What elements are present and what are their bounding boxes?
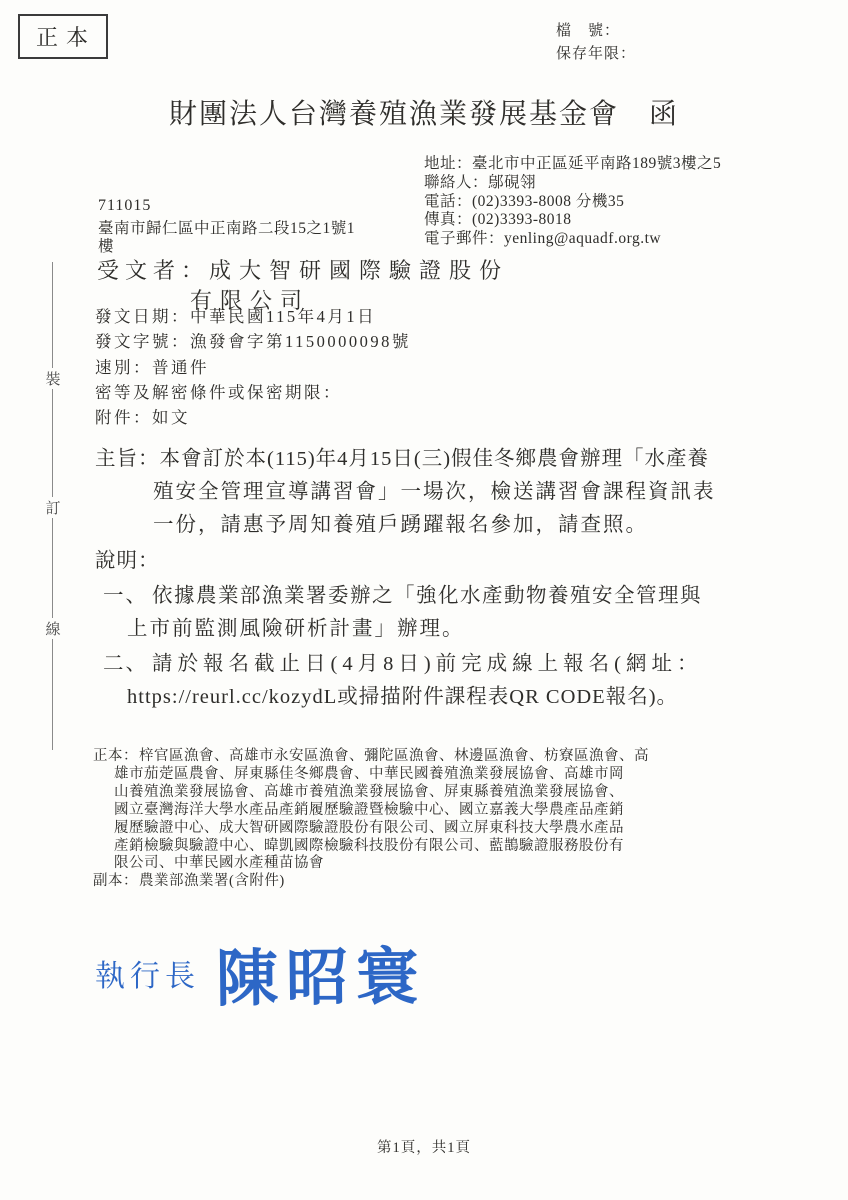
- document-page: 正本 檔 號： 保存年限： 財團法人台灣養殖漁業發展基金會 函 地址：臺北市中正…: [0, 0, 848, 1200]
- binding-char-zhuang: 裝: [44, 368, 62, 389]
- distribution-copy-line: 副本：農業部漁業署(含附件): [93, 873, 649, 891]
- recipient-address-line1: 臺南市歸仁區中正南路二段15之1號1: [98, 216, 355, 238]
- document-title: 財團法人台灣養殖漁業發展基金會 函: [0, 92, 848, 132]
- distribution-original-line5: 履歷驗證中心、成大智研國際驗證股份有限公司、國立屏東科技大學農水產品: [114, 820, 649, 838]
- copy-type-label: 正本: [36, 25, 96, 50]
- signature-stamp: 執行長 陳昭寰: [95, 928, 426, 1017]
- meta-block: 發文日期：中華民國115年4月1日 發文字號：漁發會字第1150000098號 …: [95, 304, 411, 430]
- binding-char-ding: 訂: [44, 497, 62, 518]
- description-item2-text1: 請於報名截止日(4月8日)前完成線上報名(網址：: [152, 653, 702, 675]
- recipient-name-part1: 成大智研國際驗證股份: [209, 258, 509, 283]
- description-item1-line2: 上市前監測風險研析計畫」辦理。: [127, 611, 465, 641]
- meta-doc-number: 發文字號：漁發會字第1150000098號: [95, 329, 411, 354]
- subject-line2: 殖安全管理宣導講習會」一場次，檢送講習會課程資訊表: [153, 474, 716, 504]
- signature-title: 執行長: [95, 951, 200, 995]
- meta-priority: 速別：普通件: [95, 355, 411, 380]
- description-item1-label: 一、: [103, 585, 148, 607]
- sender-fax: 傳真：(02)3393-8018: [424, 211, 721, 230]
- distribution-copy-label: 副本：: [93, 873, 138, 889]
- distribution-original-line6: 產銷檢驗與驗證中心、暐凱國際檢驗科技股份有限公司、藍鵲驗證服務股份有: [114, 838, 649, 856]
- page-number-footer: 第1頁，共1頁: [0, 1136, 848, 1157]
- sender-address: 地址：臺北市中正區延平南路189號3樓之5: [424, 155, 721, 174]
- recipient-address-line2: 樓: [98, 234, 114, 256]
- binding-char-xian: 線: [44, 618, 62, 639]
- distribution-original-label: 正本：: [93, 748, 138, 764]
- recipient-name-line1: 受文者：成大智研國際驗證股份: [97, 254, 509, 285]
- description-item2-label: 二、: [103, 653, 148, 675]
- signature-name: 陳昭寰: [216, 927, 427, 1018]
- description-item2-line2: https://reurl.cc/kozydL或掃描附件課程表QR CODE報名…: [127, 679, 678, 709]
- retention-label: 保存年限：: [556, 43, 636, 66]
- recipient-zip: 711015: [98, 197, 151, 215]
- meta-issue-date: 發文日期：中華民國115年4月1日: [95, 304, 411, 329]
- subject-line3: 一份，請惠予周知養殖戶踴躍報名參加，請查照。: [153, 507, 648, 537]
- description-item1-line1: 一、依據農業部漁業署委辦之「強化水產動物養殖安全管理與: [103, 578, 702, 608]
- description-item1-text1: 依據農業部漁業署委辦之「強化水產動物養殖安全管理與: [152, 585, 702, 607]
- sender-info-block: 地址：臺北市中正區延平南路189號3樓之5 聯絡人：鄔硯翎 電話：(02)339…: [424, 155, 721, 249]
- distribution-original-text1: 梓官區漁會、高雄市永安區漁會、彌陀區漁會、林邊區漁會、枋寮區漁會、高: [139, 748, 649, 764]
- distribution-original-line7: 限公司、中華民國水產種苗協會: [114, 855, 649, 873]
- subject-label: 主旨：: [95, 448, 160, 470]
- sender-contact-person: 聯絡人：鄔硯翎: [424, 174, 721, 193]
- meta-attachment: 附件：如文: [95, 405, 411, 430]
- subject-text-1: 本會訂於本(115)年4月15日(三)假佳冬鄉農會辦理「水產養: [160, 448, 710, 470]
- recipient-label: 受文者：: [97, 258, 209, 283]
- copy-type-stamp-box: 正本: [18, 14, 108, 59]
- description-heading: 說明：: [95, 543, 160, 573]
- subject-line1: 主旨：本會訂於本(115)年4月15日(三)假佳冬鄉農會辦理「水產養: [95, 441, 709, 471]
- description-item2-line1: 二、請於報名截止日(4月8日)前完成線上報名(網址：: [103, 646, 702, 676]
- file-no-label: 檔 號：: [556, 20, 636, 43]
- distribution-copy-text: 農業部漁業署(含附件): [139, 873, 285, 889]
- distribution-block: 正本：梓官區漁會、高雄市永安區漁會、彌陀區漁會、林邊區漁會、枋寮區漁會、高 雄市…: [93, 748, 649, 891]
- distribution-original-line3: 山養殖漁業發展協會、高雄市養殖漁業發展協會、屏東縣養殖漁業發展協會、: [114, 784, 649, 802]
- meta-security: 密等及解密條件或保密期限：: [95, 380, 411, 405]
- distribution-original-line2: 雄市茄萣區農會、屏東縣佳冬鄉農會、中華民國養殖漁業發展協會、高雄市岡: [114, 766, 649, 784]
- distribution-original-line4: 國立臺灣海洋大學水產品產銷履歷驗證暨檢驗中心、國立嘉義大學農產品產銷: [114, 802, 649, 820]
- file-info-block: 檔 號： 保存年限：: [556, 20, 636, 66]
- distribution-original-line1: 正本：梓官區漁會、高雄市永安區漁會、彌陀區漁會、林邊區漁會、枋寮區漁會、高: [93, 748, 649, 766]
- sender-phone: 電話：(02)3393-8008 分機35: [424, 193, 721, 212]
- sender-email: 電子郵件：yenling@aquadf.org.tw: [424, 230, 721, 249]
